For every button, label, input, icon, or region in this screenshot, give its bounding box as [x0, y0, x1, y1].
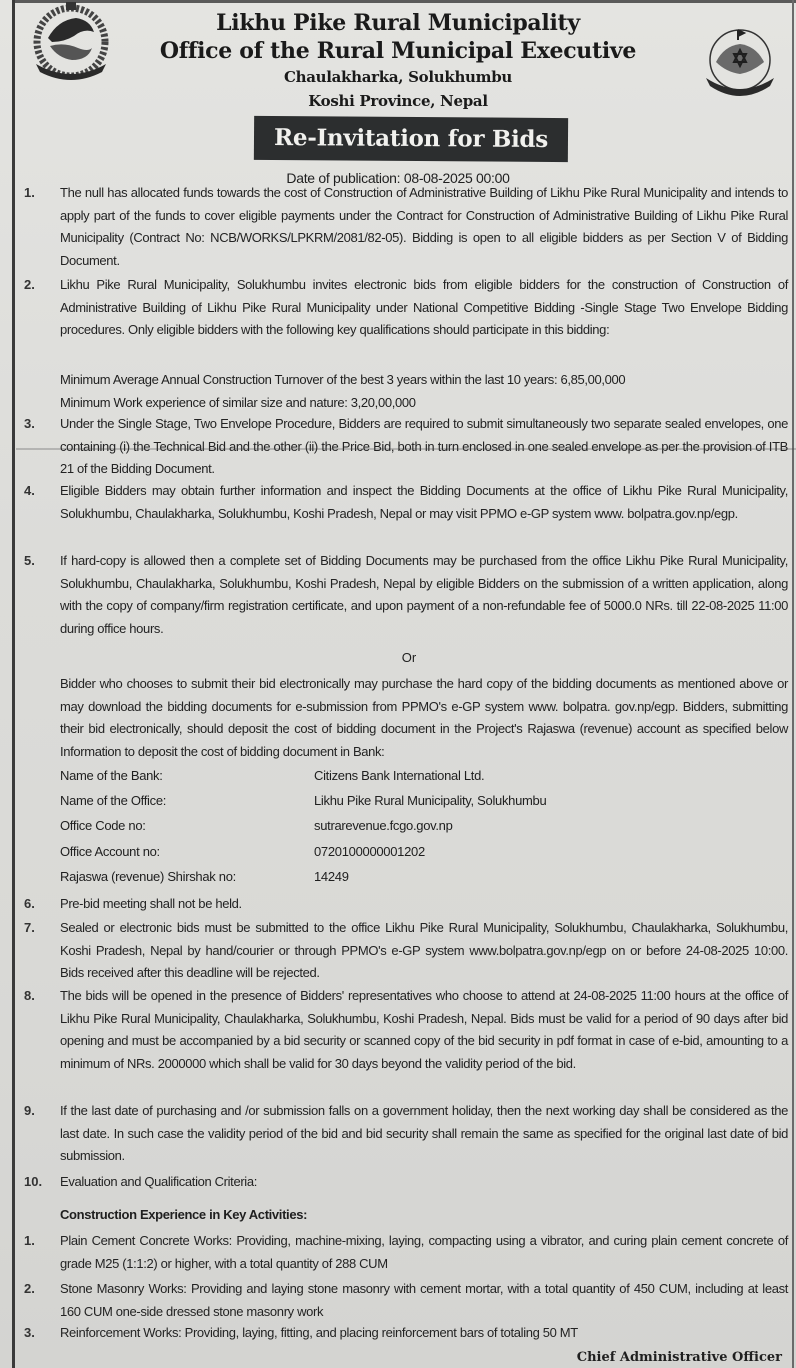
- item-number: 6.: [24, 893, 35, 916]
- item-9-text: If the last date of purchasing and /or s…: [60, 1100, 788, 1168]
- item-number: 9.: [24, 1100, 35, 1123]
- bank-label: Name of the Bank:: [60, 768, 163, 783]
- item-3-text: Under the Single Stage, Two Envelope Pro…: [60, 413, 788, 481]
- office-code-value: sutrarevenue.fcgo.gov.np: [314, 818, 453, 833]
- signature-title: Chief Administrative Officer: [577, 1350, 782, 1365]
- border-left: [12, 0, 15, 1368]
- activity-number: 1.: [24, 1230, 35, 1253]
- notice-title-banner: Re-Invitation for Bids: [254, 116, 568, 162]
- fold-crease: [16, 448, 796, 450]
- activity-number: 3.: [24, 1322, 35, 1345]
- border-right: [792, 0, 794, 1368]
- item-6-text: Pre-bid meeting shall not be held.: [60, 893, 788, 916]
- bank-value: Citizens Bank International Ltd.: [314, 768, 484, 783]
- item-4-text: Eligible Bidders may obtain further info…: [60, 480, 788, 525]
- item-10-text: Evaluation and Qualification Criteria:: [60, 1171, 788, 1194]
- item-number: 4.: [24, 480, 35, 503]
- item-number: 8.: [24, 985, 35, 1008]
- activity-3-text: Reinforcement Works: Providing, laying, …: [60, 1322, 788, 1345]
- item-8-text: The bids will be opened in the presence …: [60, 985, 788, 1075]
- activity-1-text: Plain Cement Concrete Works: Providing, …: [60, 1230, 788, 1275]
- municipality-name: Likhu Pike Rural Municipality: [0, 10, 796, 36]
- border-top: [12, 0, 796, 3]
- qualification-turnover: Minimum Average Annual Construction Turn…: [60, 372, 625, 387]
- office-code-label: Office Code no:: [60, 818, 146, 833]
- address-line-1: Chaulakharka, Solukhumbu: [0, 68, 796, 86]
- shirshak-no-value: 14249: [314, 869, 349, 884]
- activity-2-text: Stone Masonry Works: Providing and layin…: [60, 1278, 788, 1323]
- item-number: 7.: [24, 917, 35, 940]
- item-1-text: The null has allocated funds towards the…: [60, 182, 788, 272]
- item-2-text: Likhu Pike Rural Municipality, Solukhumb…: [60, 274, 788, 342]
- qualification-experience: Minimum Work experience of similar size …: [60, 395, 416, 410]
- experience-heading: Construction Experience in Key Activitie…: [60, 1207, 307, 1222]
- item-number: 10.: [24, 1171, 42, 1194]
- item-7-text: Sealed or electronic bids must be submit…: [60, 917, 788, 985]
- office-name-label: Name of the Office:: [60, 793, 166, 808]
- address-line-2: Koshi Province, Nepal: [0, 92, 796, 110]
- item-5-text: If hard-copy is allowed then a complete …: [60, 550, 788, 640]
- activity-number: 2.: [24, 1278, 35, 1301]
- item-number: 3.: [24, 413, 35, 436]
- item-number: 1.: [24, 182, 35, 205]
- office-name-value: Likhu Pike Rural Municipality, Solukhumb…: [314, 793, 546, 808]
- item-number: 2.: [24, 274, 35, 297]
- shirshak-no-label: Rajaswa (revenue) Shirshak no:: [60, 869, 236, 884]
- electronic-submission-text: Bidder who chooses to submit their bid e…: [60, 673, 788, 763]
- office-name: Office of the Rural Municipal Executive: [0, 38, 796, 64]
- account-no-value: 0720100000001202: [314, 844, 425, 859]
- item-number: 5.: [24, 550, 35, 573]
- newspaper-notice: Likhu Pike Rural Municipality Office of …: [0, 0, 796, 1368]
- or-separator: Or: [0, 650, 796, 665]
- account-no-label: Office Account no:: [60, 844, 160, 859]
